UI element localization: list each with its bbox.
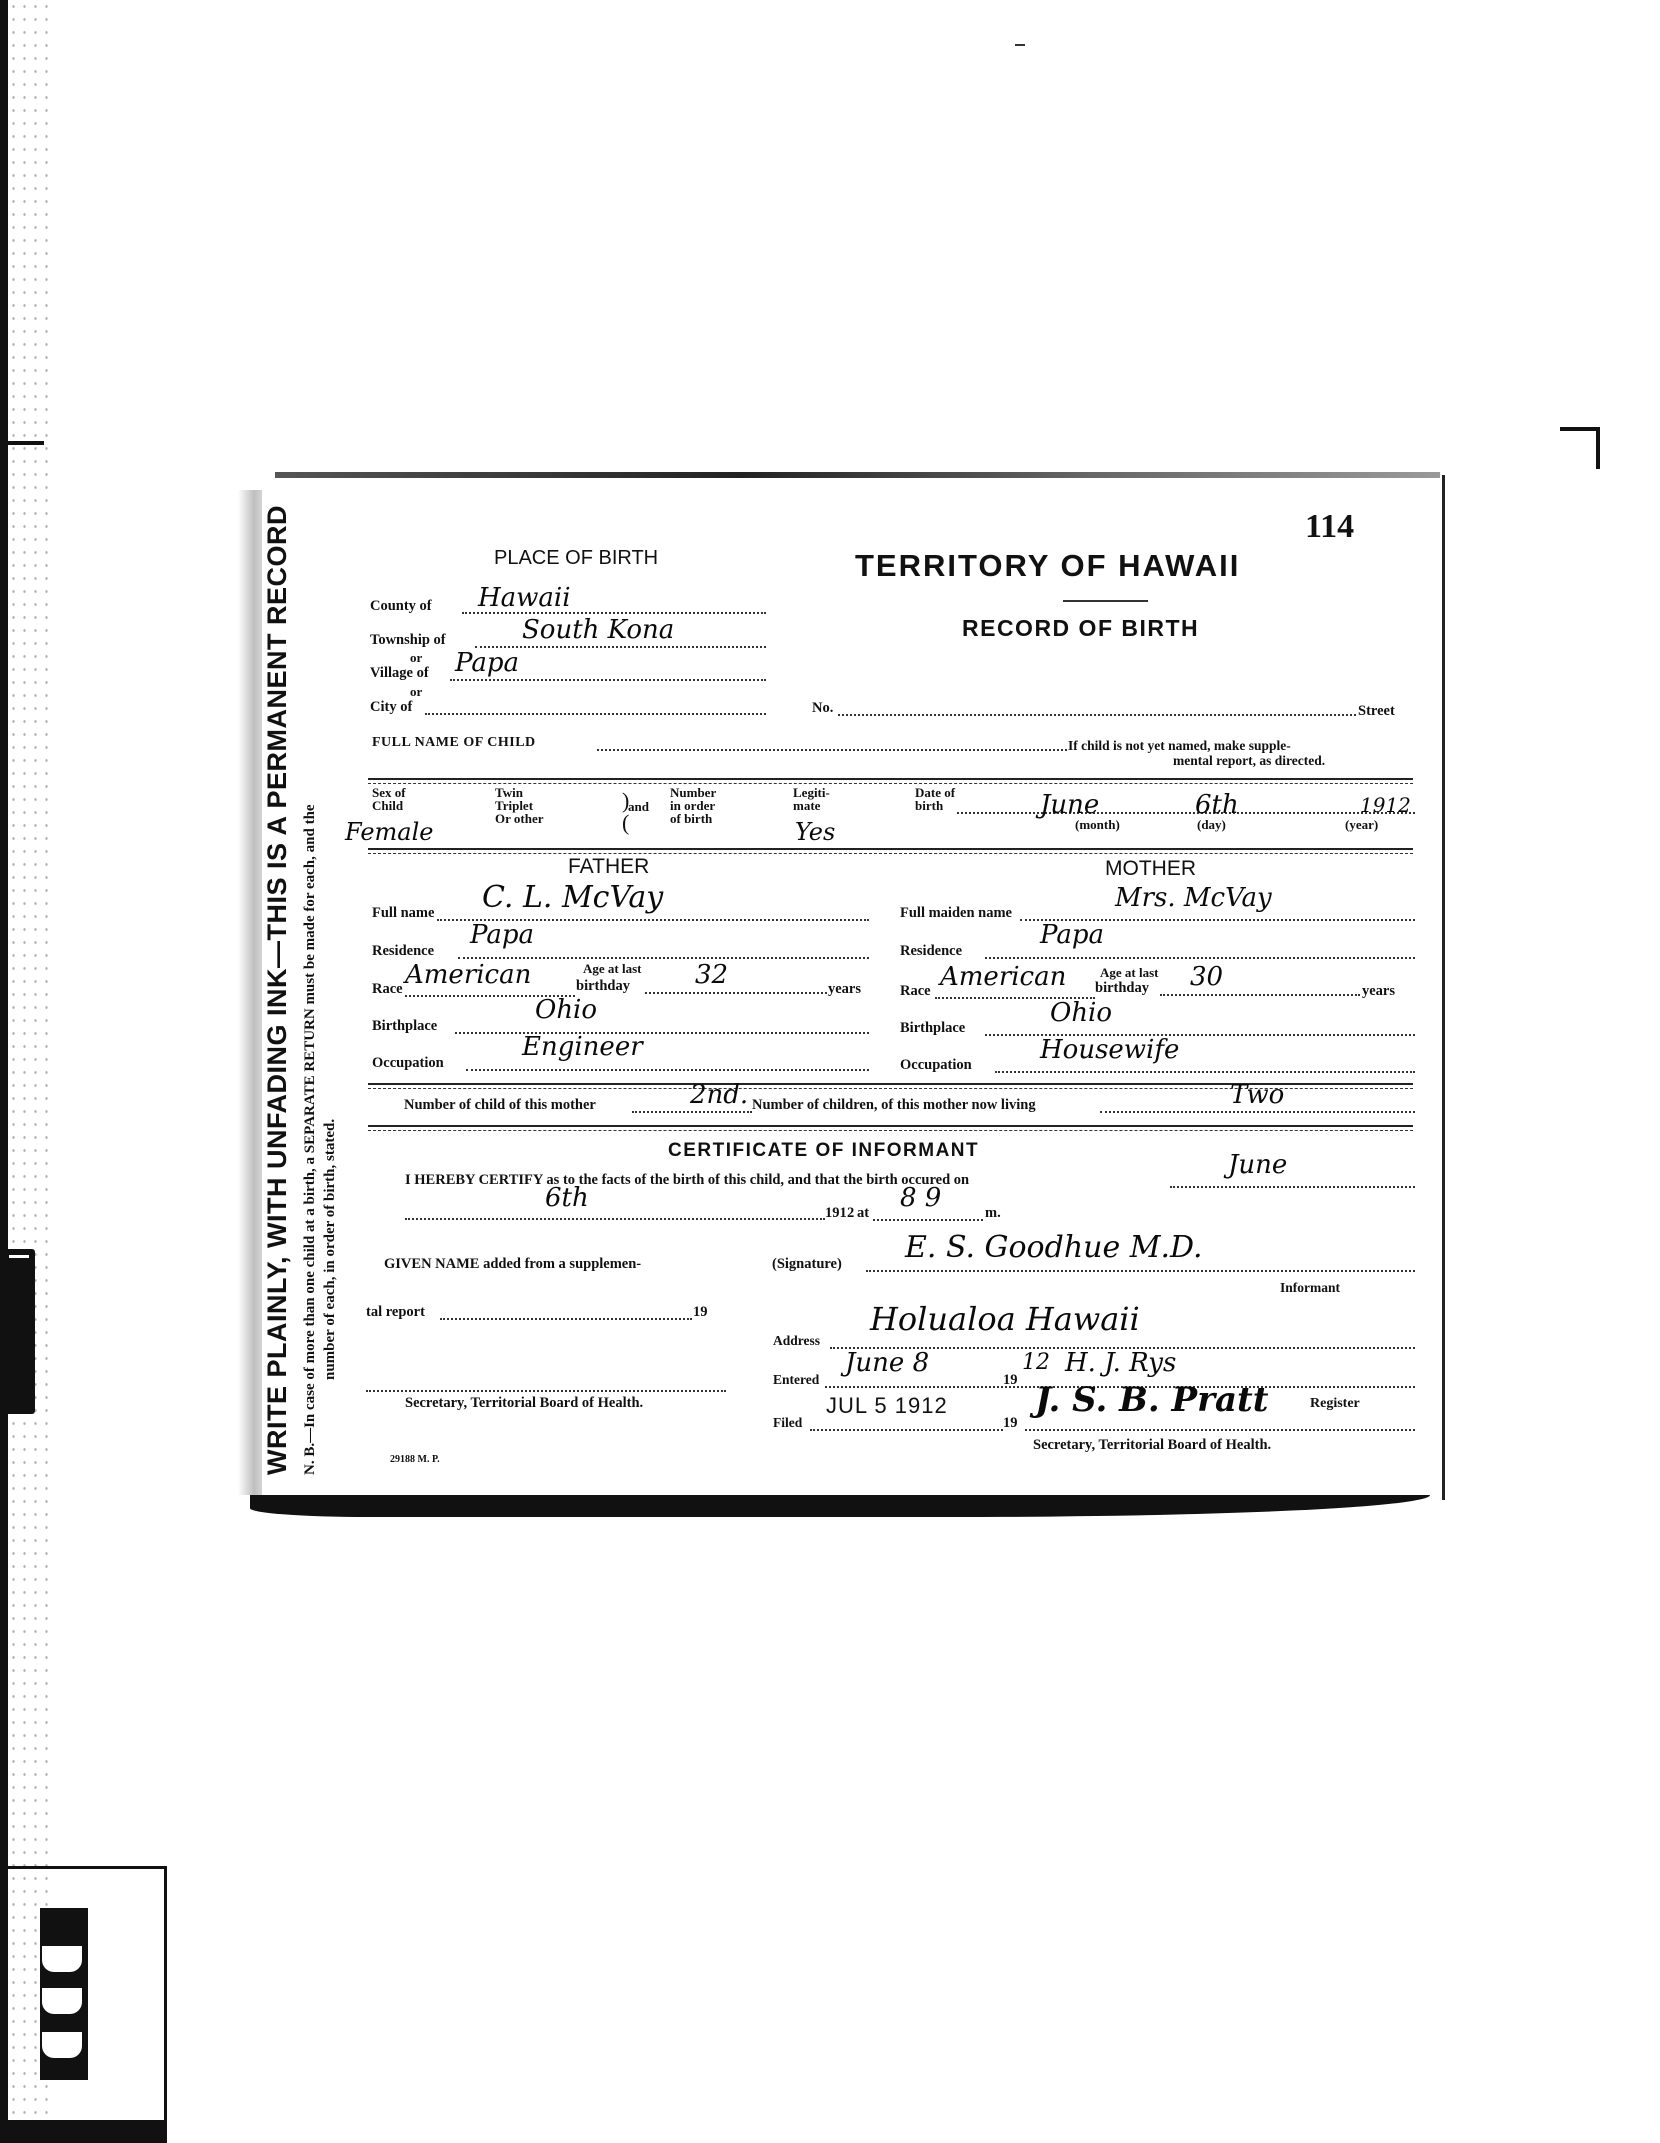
register-label: Register — [1310, 1396, 1360, 1412]
scan-noise — [8, 0, 48, 2143]
township-value[interactable]: South Kona — [522, 615, 674, 645]
father-years-label: years — [828, 981, 861, 998]
address-value[interactable]: Holualoa Hawaii — [870, 1300, 1140, 1338]
margin-note-line-1: N. B.—In case of more than one child at … — [302, 475, 319, 1475]
entered-label: Entered — [773, 1372, 819, 1388]
or-label: or — [410, 685, 422, 698]
day-caption: (day) — [1197, 818, 1226, 831]
father-occupation-value[interactable]: Engineer — [522, 1032, 643, 1062]
certificate-heading: CERTIFICATE OF INFORMANT — [668, 1140, 979, 1162]
father-residence-value[interactable]: Papa — [470, 920, 534, 950]
registration-tick — [0, 441, 44, 445]
film-frame-bottom-bar — [0, 2125, 167, 2143]
mother-birthplace-label: Birthplace — [900, 1020, 965, 1037]
binder-tab-marker — [2, 1249, 35, 1414]
film-sprocket-strip — [40, 1908, 88, 2080]
children-living-value[interactable]: Two — [1230, 1080, 1284, 1110]
father-occupation-label: Occupation — [372, 1055, 444, 1072]
street-number-label: No. — [812, 700, 833, 717]
father-name-value[interactable]: C. L. McVay — [482, 880, 663, 915]
supplemental-report-label: tal report — [366, 1304, 425, 1321]
mother-name-value[interactable]: Mrs. McVay — [1115, 883, 1272, 913]
secretary-left-field-line — [366, 1390, 726, 1392]
birth-month-value[interactable]: June — [1040, 790, 1099, 820]
section-divider — [368, 778, 1413, 784]
signature-label: (Signature) — [772, 1256, 842, 1273]
certify-day-value[interactable]: 6th — [545, 1183, 589, 1213]
scan-left-edge — [0, 0, 8, 2143]
mother-residence-value[interactable]: Papa — [1040, 920, 1104, 950]
father-age-label-1: Age at last — [583, 962, 642, 975]
mother-name-label: Full maiden name — [900, 905, 1012, 922]
margin-instruction: WRITE PLAINLY, WITH UNFADING INK—THIS IS… — [262, 475, 293, 1475]
mother-age-label-1: Age at last — [1100, 966, 1159, 979]
father-occupation-field-line — [466, 1069, 869, 1071]
filed-field-line — [810, 1429, 1003, 1431]
father-age-value[interactable]: 32 — [695, 960, 728, 990]
city-label: City of — [370, 699, 412, 716]
or-label: or — [410, 651, 422, 664]
village-label: Village of — [370, 665, 429, 682]
m-label: m. — [985, 1205, 1001, 1222]
order-of-birth-label: Numberin orderof birth — [670, 786, 716, 825]
legitimate-label: Legiti-mate — [793, 786, 830, 812]
and-label: and — [628, 800, 649, 813]
section-divider — [368, 848, 1413, 854]
margin-note-line-2: number of each, in order of birth, state… — [322, 780, 339, 1380]
mother-occupation-field-line — [995, 1071, 1415, 1073]
certify-day-field-line — [405, 1218, 825, 1220]
title-divider — [1063, 600, 1148, 602]
father-residence-label: Residence — [372, 943, 434, 960]
mother-race-value[interactable]: American — [940, 962, 1066, 992]
sex-label: Sex ofChild — [372, 786, 406, 812]
birth-day-value[interactable]: 6th — [1195, 790, 1239, 820]
address-label: Address — [773, 1333, 820, 1349]
father-age-field-line — [645, 992, 827, 994]
certify-statement: I HEREBY CERTIFY as to the facts of the … — [405, 1172, 969, 1189]
street-field-line — [838, 714, 1356, 716]
father-race-value[interactable]: American — [405, 960, 531, 990]
children-living-field-line — [1100, 1111, 1415, 1113]
document-title: TERRITORY OF HAWAII — [855, 548, 1240, 584]
year-caption: (year) — [1345, 818, 1378, 831]
village-value[interactable]: Papa — [455, 648, 519, 678]
county-label: County of — [370, 598, 432, 615]
mother-residence-label: Residence — [900, 943, 962, 960]
father-name-label: Full name — [372, 905, 434, 922]
twin-label: TwinTripletOr other — [495, 786, 544, 825]
month-caption: (month) — [1075, 818, 1120, 831]
mother-age-value[interactable]: 30 — [1190, 962, 1223, 992]
certify-year-prefix: 191 — [825, 1205, 847, 1222]
register-signature-field-line — [1025, 1429, 1415, 1431]
street-label: Street — [1358, 703, 1395, 720]
mother-years-label: years — [1362, 983, 1395, 1000]
father-race-label: Race — [372, 981, 403, 998]
mother-heading: MOTHER — [1105, 857, 1196, 881]
village-field-line — [450, 679, 766, 681]
certify-time-value[interactable]: 8 9 — [900, 1183, 941, 1213]
legitimate-value[interactable]: Yes — [795, 818, 835, 846]
at-label: at — [857, 1205, 869, 1222]
record-number: 114 — [1305, 508, 1354, 546]
child-name-field-line[interactable] — [597, 749, 1067, 751]
document-subtitle: RECORD OF BIRTH — [962, 615, 1199, 642]
entered-year-prefix: 19 — [1003, 1372, 1018, 1389]
form-code: 29188 M. P. — [390, 1454, 440, 1465]
father-heading: FATHER — [568, 855, 649, 879]
child-number-value[interactable]: 2nd. — [690, 1080, 748, 1110]
informant-label: Informant — [1280, 1280, 1340, 1296]
mother-birthplace-value[interactable]: Ohio — [1050, 998, 1112, 1028]
city-field-line — [425, 713, 766, 715]
mother-age-label-2: birthday — [1095, 980, 1149, 997]
birth-year-value[interactable]: 1912 — [1360, 793, 1411, 817]
entered-initials[interactable]: H. J. Rys — [1065, 1348, 1176, 1378]
scan-dash-mark — [1015, 44, 1025, 46]
certify-time-field-line — [873, 1219, 983, 1221]
filed-date-stamp: JUL 5 1912 — [826, 1393, 948, 1419]
supplemental-year-label: 19 — [693, 1304, 708, 1321]
place-of-birth-heading: PLACE OF BIRTH — [494, 547, 658, 570]
township-label: Township of — [370, 632, 446, 649]
filed-label: Filed — [773, 1415, 802, 1431]
signature-field-line — [866, 1270, 1415, 1272]
mother-occupation-value[interactable]: Housewife — [1040, 1035, 1179, 1065]
father-birthplace-label: Birthplace — [372, 1018, 437, 1035]
date-of-birth-label: Date ofbirth — [915, 786, 955, 812]
secretary-right-label: Secretary, Territorial Board of Health. — [1033, 1437, 1271, 1454]
certificate-top-edge — [275, 472, 1440, 478]
certify-month-field-line — [1170, 1186, 1415, 1188]
certify-month-value[interactable]: June — [1228, 1150, 1287, 1180]
crop-corner-mark — [1560, 427, 1600, 469]
child-number-field-line — [632, 1111, 752, 1113]
section-divider — [368, 1125, 1413, 1131]
register-signature[interactable]: J. S. B. Pratt — [1035, 1380, 1268, 1420]
father-birthplace-value[interactable]: Ohio — [535, 995, 597, 1025]
supplemental-report-field-line — [440, 1318, 692, 1320]
secretary-left-label: Secretary, Territorial Board of Health. — [405, 1395, 643, 1412]
filed-year-prefix: 19 — [1003, 1415, 1018, 1432]
mother-race-label: Race — [900, 983, 931, 1000]
mother-residence-field-line — [985, 957, 1415, 959]
unnamed-note-1: If child is not yet named, make supple- — [1068, 738, 1291, 754]
entered-date-value[interactable]: June 8 — [845, 1348, 929, 1378]
child-number-label: Number of child of this mother — [404, 1097, 596, 1114]
children-living-label: Number of children, of this mother now l… — [752, 1097, 1036, 1114]
unnamed-note-2: mental report, as directed. — [1173, 753, 1325, 769]
given-name-label: GIVEN NAME added from a supplemen- — [384, 1256, 641, 1273]
informant-signature[interactable]: E. S. Goodhue M.D. — [905, 1230, 1203, 1265]
county-value[interactable]: Hawaii — [478, 583, 571, 613]
sex-value[interactable]: Female — [345, 818, 434, 846]
certificate-bottom-edge — [250, 1495, 1430, 1517]
father-age-label-2: birthday — [576, 978, 630, 995]
certify-year-value[interactable]: 2 — [847, 1205, 854, 1222]
date-of-birth-field-line — [957, 812, 1415, 814]
child-full-name-label: FULL NAME OF CHILD — [372, 735, 536, 751]
father-birthplace-field-line — [455, 1032, 869, 1034]
mother-occupation-label: Occupation — [900, 1057, 972, 1074]
mother-age-field-line — [1160, 994, 1360, 996]
father-residence-field-line — [458, 957, 869, 959]
entered-year-value[interactable]: 12 — [1022, 1350, 1050, 1375]
